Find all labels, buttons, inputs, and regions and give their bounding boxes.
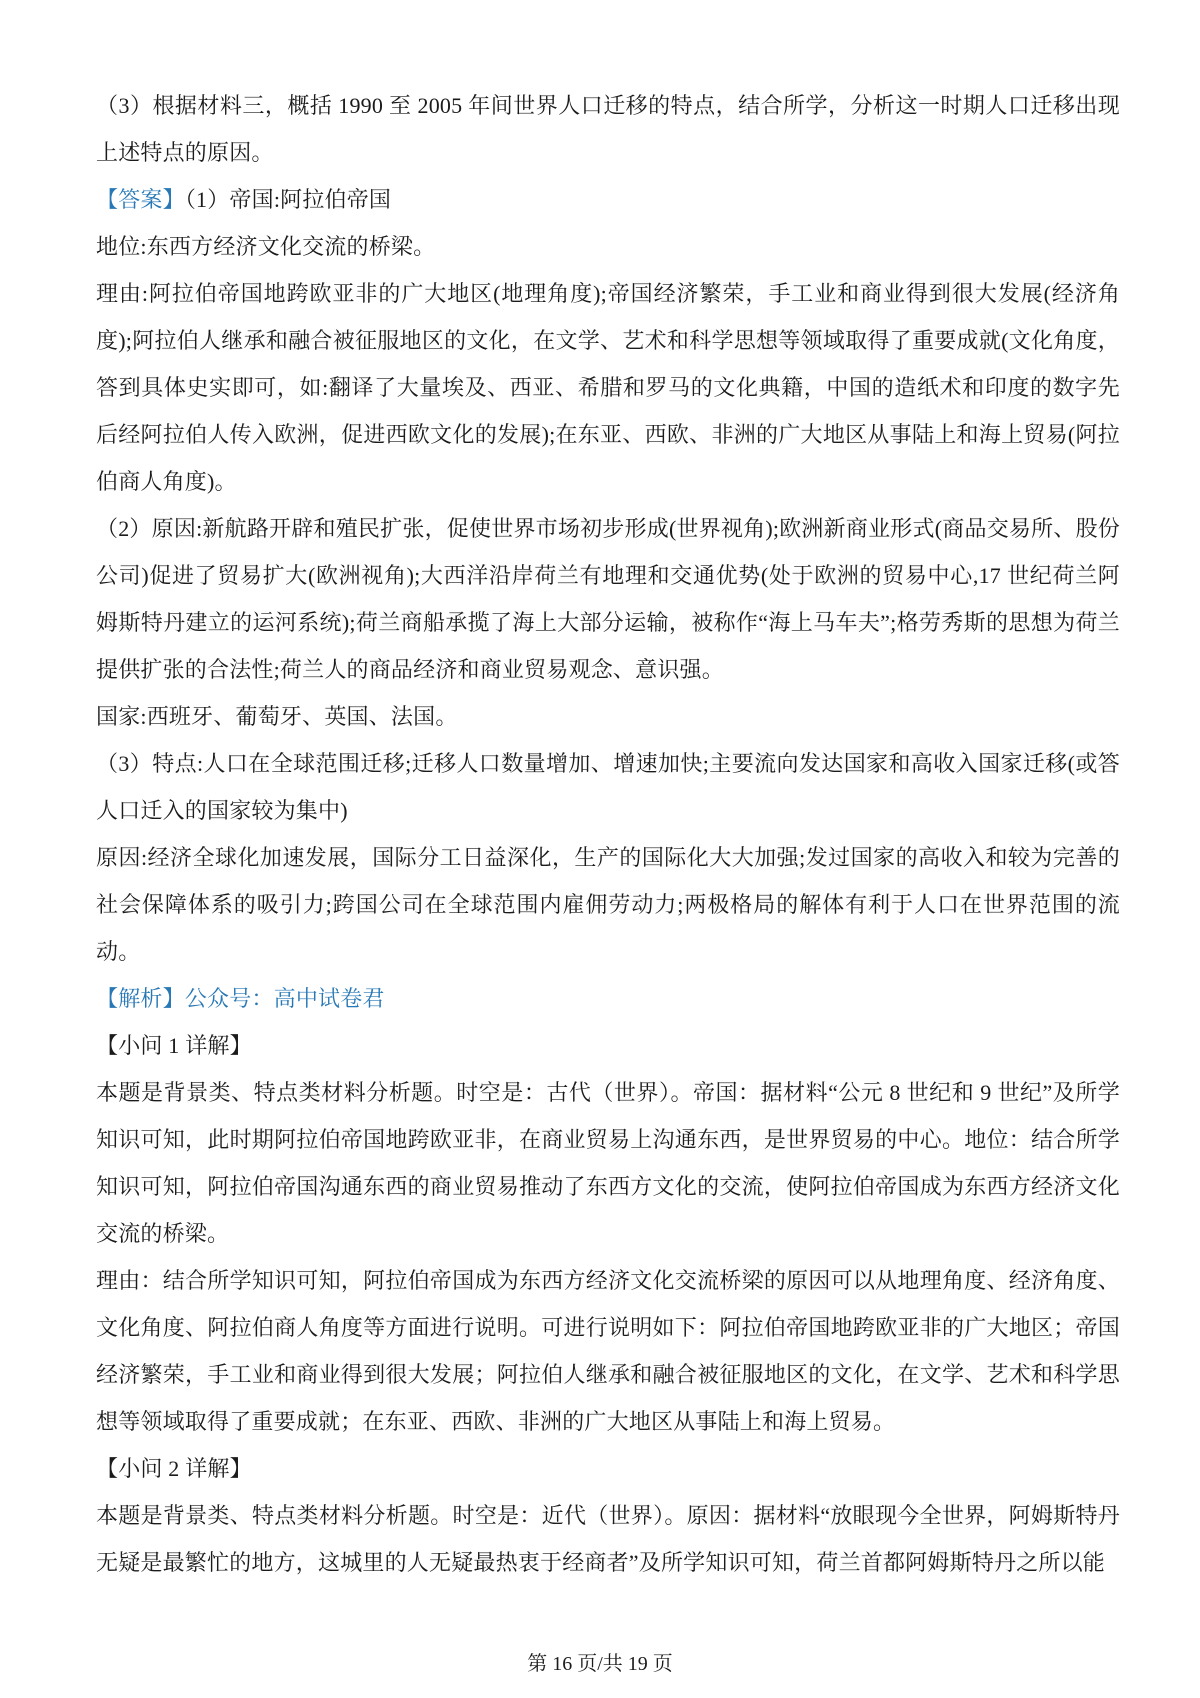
subquestion-2-heading: 【小问 2 详解】 [96, 1445, 1120, 1492]
answer-paragraph: 【答案】（1）帝国:阿拉伯帝国 [96, 176, 1120, 223]
answer-intro: （1）帝国:阿拉伯帝国 [185, 187, 391, 212]
analysis-label: 【解析】 [96, 986, 185, 1011]
subquestion-2-paragraph: 本题是背景类、特点类材料分析题。时空是：近代（世界）。原因：据材料“放眼现今全世… [96, 1492, 1120, 1586]
analysis-source-text: 公众号：高中试卷君 [185, 986, 385, 1011]
question-paragraph: （3）根据材料三，概括 1990 至 2005 年间世界人口迁移的特点，结合所学… [96, 82, 1120, 176]
answer-body-paragraph: 国家:西班牙、葡萄牙、英国、法国。 [96, 693, 1120, 740]
answer-body-paragraph: 原因:经济全球化加速发展，国际分工日益深化，生产的国际化大大加强;发过国家的高收… [96, 834, 1120, 975]
subquestion-1-heading: 【小问 1 详解】 [96, 1022, 1120, 1069]
analysis-paragraph: 【解析】公众号：高中试卷君 [96, 975, 1120, 1022]
subquestion-1-paragraph: 本题是背景类、特点类材料分析题。时空是：古代（世界）。帝国：据材料“公元 8 世… [96, 1069, 1120, 1257]
answer-body-paragraph: 理由:阿拉伯帝国地跨欧亚非的广大地区(地理角度);帝国经济繁荣，手工业和商业得到… [96, 270, 1120, 505]
answer-body-paragraph: （3）特点:人口在全球范围迁移;迁移人口数量增加、增速加快;主要流向发达国家和高… [96, 740, 1120, 834]
page-number-footer: 第 16 页/共 19 页 [0, 1647, 1200, 1676]
subquestion-1-paragraph: 理由：结合所学知识可知，阿拉伯帝国成为东西方经济文化交流桥梁的原因可以从地理角度… [96, 1257, 1120, 1445]
answer-label: 【答案】 [96, 187, 185, 212]
page-number-text: 第 16 页/共 19 页 [527, 1653, 673, 1675]
document-page: （3）根据材料三，概括 1990 至 2005 年间世界人口迁移的特点，结合所学… [0, 0, 1200, 1586]
answer-body-paragraph: 地位:东西方经济文化交流的桥梁。 [96, 223, 1120, 270]
answer-body-paragraph: （2）原因:新航路开辟和殖民扩张，促使世界市场初步形成(世界视角);欧洲新商业形… [96, 505, 1120, 693]
